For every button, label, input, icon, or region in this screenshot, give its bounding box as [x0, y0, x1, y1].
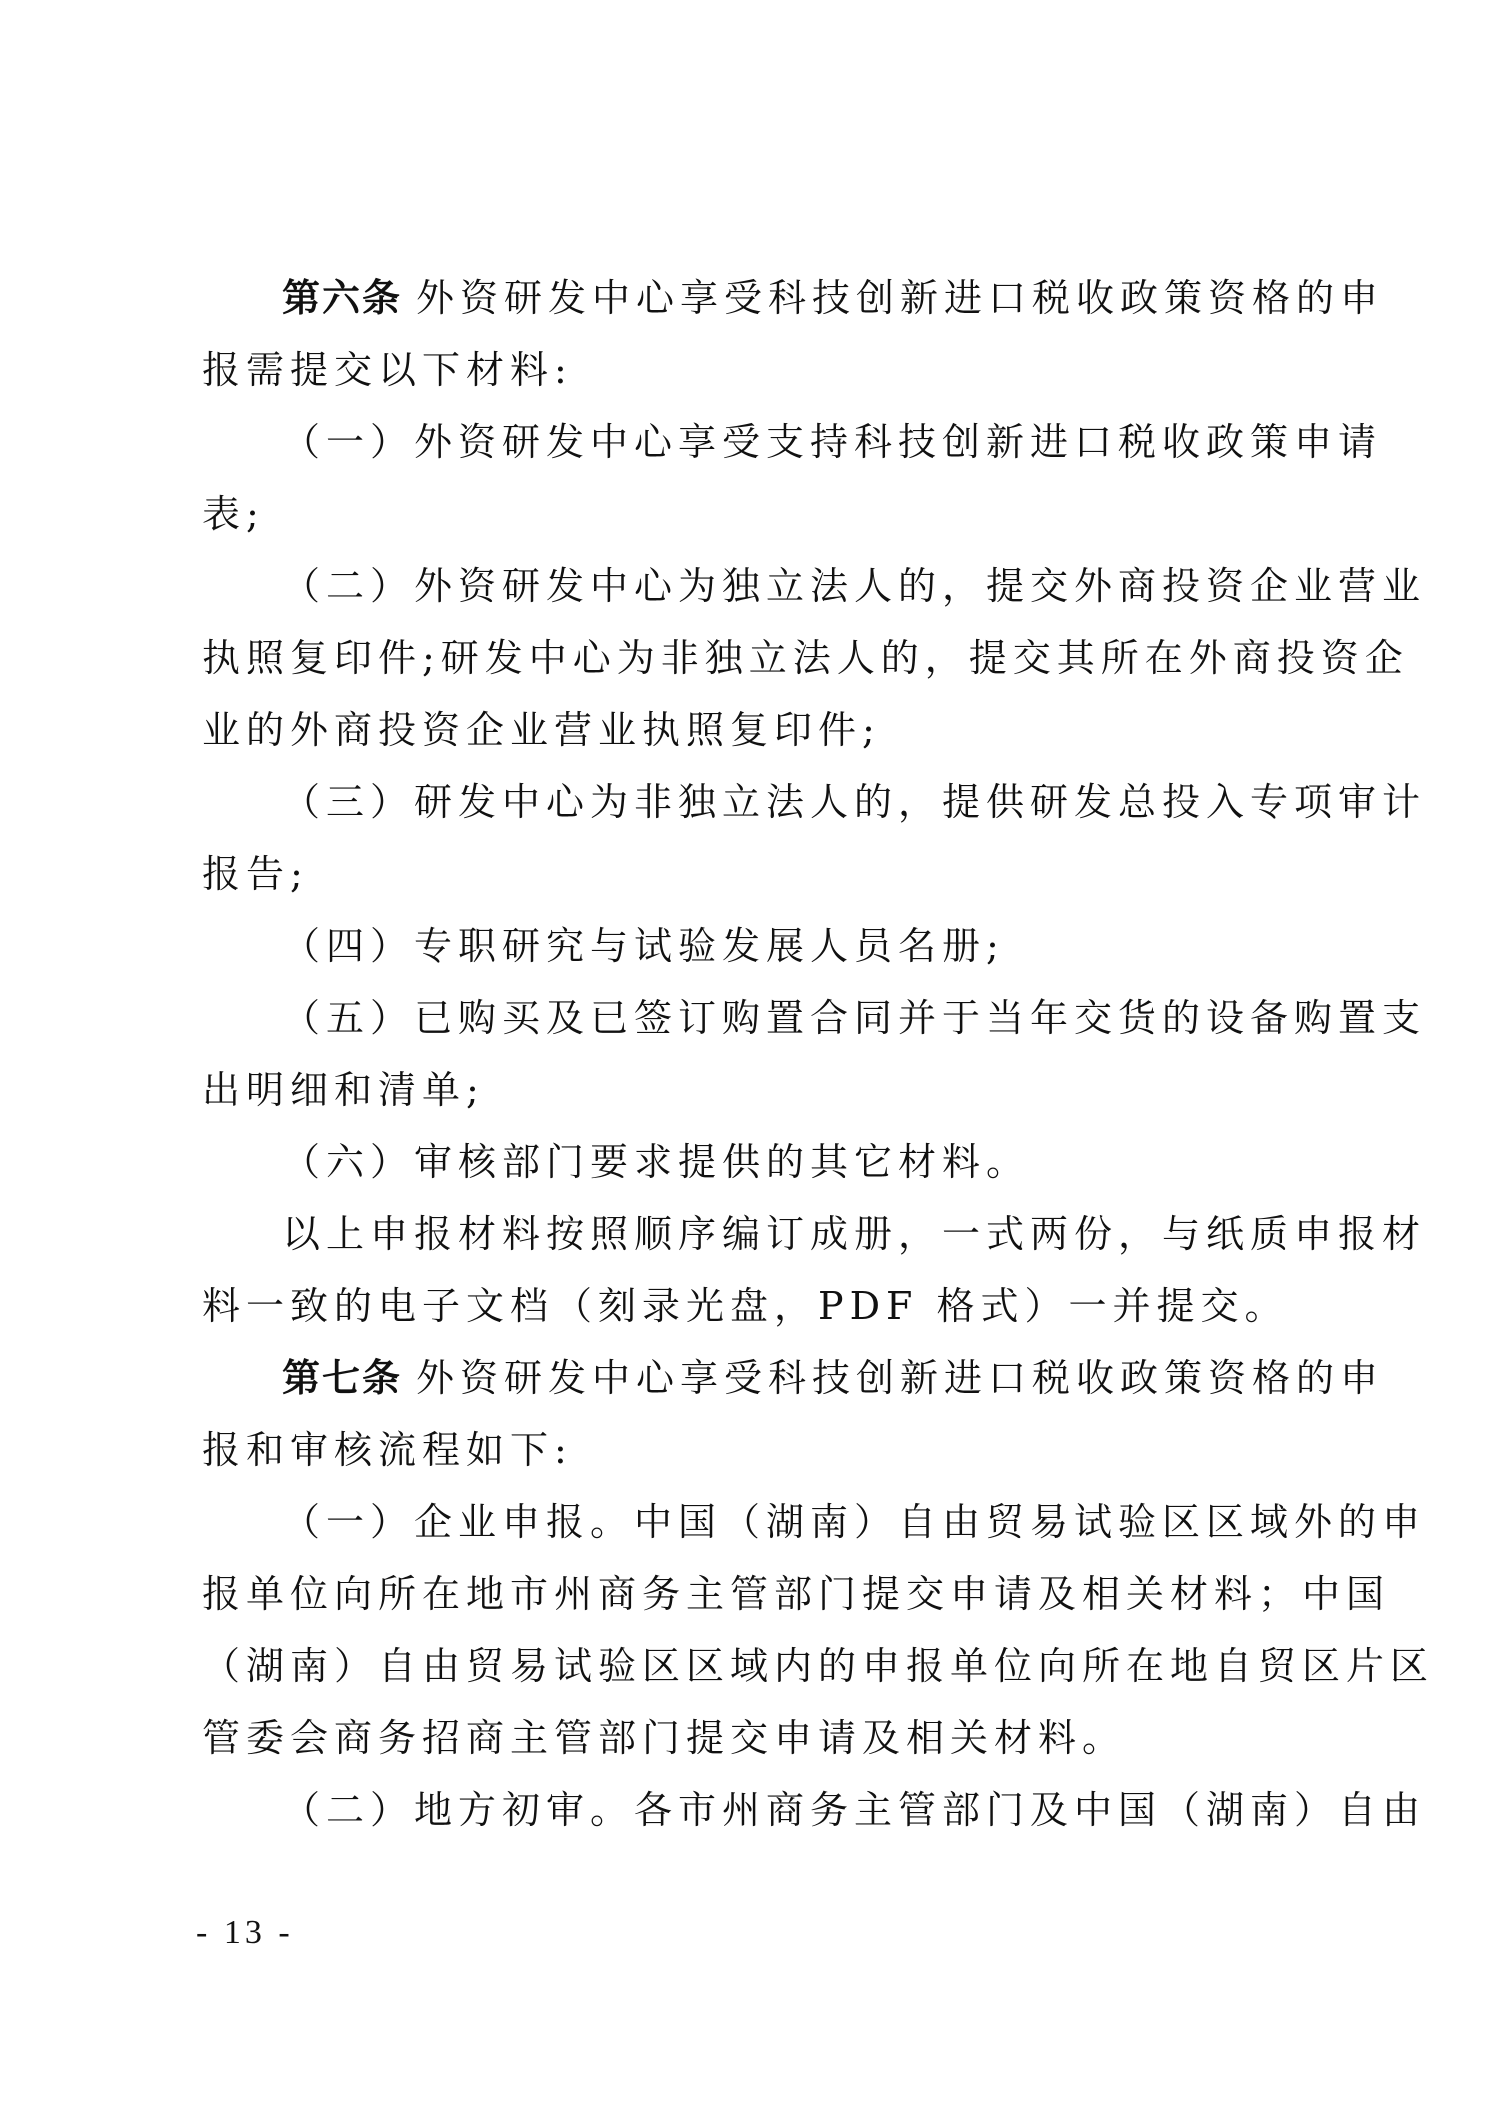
- text-line: 第七条外资研发中心享受科技创新进口税收政策资格的申: [282, 1348, 1312, 1408]
- text-line: （六）审核部门要求提供的其它材料。: [282, 1132, 1312, 1192]
- line-text: 报告;: [202, 852, 309, 896]
- text-line: 管委会商务招商主管部门提交申请及相关材料。: [202, 1708, 1312, 1768]
- text-line: 报告;: [202, 844, 1312, 904]
- document-page: 第六条外资研发中心享受科技创新进口税收政策资格的申报需提交以下材料:（一）外资研…: [0, 0, 1488, 2105]
- line-text: 报和审核流程如下:: [202, 1428, 573, 1472]
- text-line: （二）地方初审。各市州商务主管部门及中国（湖南）自由: [282, 1780, 1312, 1840]
- text-line: 出明细和清单;: [202, 1060, 1312, 1120]
- text-line: （三）研发中心为非独立法人的，提供研发总投入专项审计: [282, 772, 1312, 832]
- text-line: （四）专职研究与试验发展人员名册;: [282, 916, 1312, 976]
- text-line: 料一致的电子文档（刻录光盘，PDF 格式）一并提交。: [202, 1276, 1312, 1336]
- line-text: 表;: [202, 492, 265, 536]
- line-text: （六）审核部门要求提供的其它材料。: [282, 1140, 1030, 1184]
- text-line: （一）外资研发中心享受支持科技创新进口税收政策申请: [282, 412, 1312, 472]
- text-line: 报需提交以下材料:: [202, 340, 1312, 400]
- line-text: 执照复印件;研发中心为非独立法人的，提交其所在外商投资企: [202, 636, 1409, 680]
- text-line: 报单位向所在地市州商务主管部门提交申请及相关材料；中国: [202, 1564, 1312, 1624]
- line-text: 报单位向所在地市州商务主管部门提交申请及相关材料；中国: [202, 1572, 1390, 1616]
- line-text: （二）外资研发中心为独立法人的，提交外商投资企业营业: [282, 564, 1426, 608]
- text-line: 报和审核流程如下:: [202, 1420, 1312, 1480]
- text-line: 第六条外资研发中心享受科技创新进口税收政策资格的申: [282, 268, 1312, 328]
- page-number: - 13 -: [196, 1908, 294, 1958]
- text-line: （五）已购买及已签订购置合同并于当年交货的设备购置支: [282, 988, 1312, 1048]
- text-line: 业的外商投资企业营业执照复印件;: [202, 700, 1312, 760]
- line-text: 料一致的电子文档（刻录光盘，PDF 格式）一并提交。: [202, 1284, 1288, 1328]
- article-heading: 第七条: [282, 1356, 402, 1400]
- text-line: （湖南）自由贸易试验区区域内的申报单位向所在地自贸区片区: [202, 1636, 1312, 1696]
- line-text: 业的外商投资企业营业执照复印件;: [202, 708, 881, 752]
- text-line: 表;: [202, 484, 1312, 544]
- text-line: 执照复印件;研发中心为非独立法人的，提交其所在外商投资企: [202, 628, 1312, 688]
- text-line: 以上申报材料按照顺序编订成册，一式两份，与纸质申报材: [282, 1204, 1312, 1264]
- line-text: 报需提交以下材料:: [202, 348, 573, 392]
- line-text: （一）企业申报。中国（湖南）自由贸易试验区区域外的申: [282, 1500, 1426, 1544]
- line-text: 外资研发中心享受科技创新进口税收政策资格的申: [416, 1356, 1384, 1400]
- text-line: （二）外资研发中心为独立法人的，提交外商投资企业营业: [282, 556, 1312, 616]
- article-heading: 第六条: [282, 276, 402, 320]
- line-text: 管委会商务招商主管部门提交申请及相关材料。: [202, 1716, 1126, 1760]
- line-text: 出明细和清单;: [202, 1068, 485, 1112]
- line-text: （三）研发中心为非独立法人的，提供研发总投入专项审计: [282, 780, 1426, 824]
- line-text: （一）外资研发中心享受支持科技创新进口税收政策申请: [282, 420, 1382, 464]
- line-text: （四）专职研究与试验发展人员名册;: [282, 924, 1005, 968]
- line-text: （五）已购买及已签订购置合同并于当年交货的设备购置支: [282, 996, 1426, 1040]
- text-line: （一）企业申报。中国（湖南）自由贸易试验区区域外的申: [282, 1492, 1312, 1552]
- line-text: （二）地方初审。各市州商务主管部门及中国（湖南）自由: [282, 1788, 1426, 1832]
- line-text: （湖南）自由贸易试验区区域内的申报单位向所在地自贸区片区: [202, 1644, 1434, 1688]
- line-text: 以上申报材料按照顺序编订成册，一式两份，与纸质申报材: [282, 1212, 1426, 1256]
- line-text: 外资研发中心享受科技创新进口税收政策资格的申: [416, 276, 1384, 320]
